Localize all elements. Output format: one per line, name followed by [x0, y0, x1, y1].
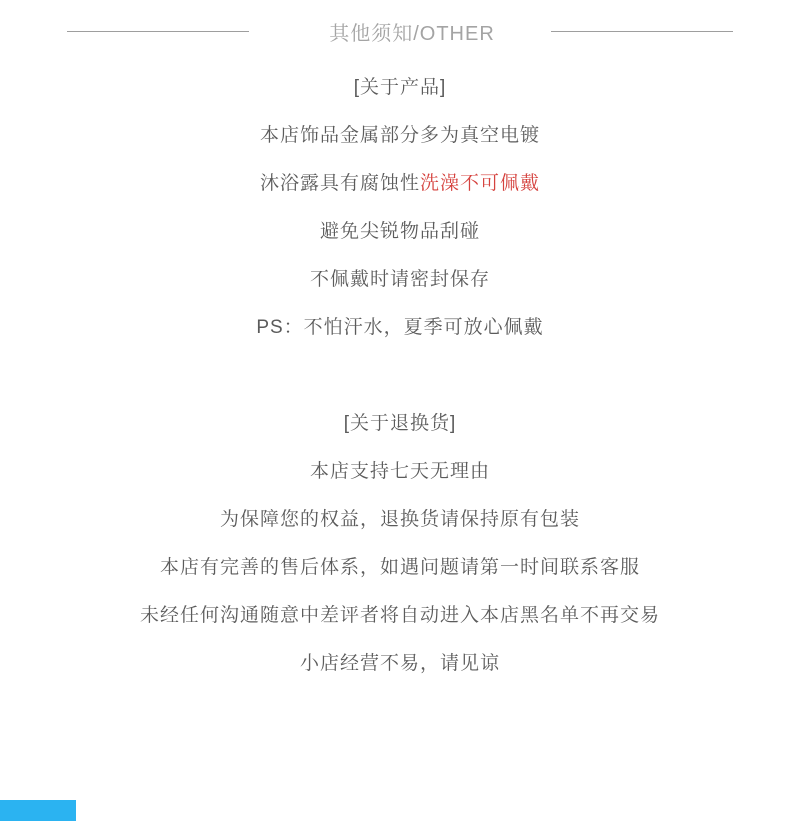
notice-text: 本店支持七天无理由 — [310, 461, 490, 482]
notice-text: 本店有完善的售后体系，如遇问题请第一时间联系客服 — [160, 557, 640, 578]
notice-line: 避免尖锐物品刮碰 — [0, 208, 800, 256]
notice-line: 本店支持七天无理由 — [0, 448, 800, 496]
warning-text: 洗澡不可佩戴 — [420, 173, 540, 194]
notice-line: 小店经营不易，请见谅 — [0, 640, 800, 688]
notice-line: PS：不怕汗水，夏季可放心佩戴 — [0, 304, 800, 352]
notice-line: 为保障您的权益，退换货请保持原有包装 — [0, 496, 800, 544]
section-header: 其他须知/OTHER — [0, 16, 800, 46]
page-title: 其他须知/OTHER — [329, 17, 495, 46]
notice-text: 沐浴露具有腐蚀性 — [260, 173, 420, 194]
next-image-peek-strip — [0, 800, 76, 821]
notice-text: 避免尖锐物品刮碰 — [320, 221, 480, 242]
notice-text: 为保障您的权益，退换货请保持原有包装 — [220, 509, 580, 530]
notice-line: 沐浴露具有腐蚀性洗澡不可佩戴 — [0, 160, 800, 208]
section-gap — [0, 352, 800, 400]
notice-line: 本店饰品金属部分多为真空电镀 — [0, 112, 800, 160]
notice-line: 未经任何沟通随意中差评者将自动进入本店黑名单不再交易 — [0, 592, 800, 640]
notice-line: 不佩戴时请密封保存 — [0, 256, 800, 304]
section-title-product: [关于产品] — [0, 64, 800, 112]
section-title-returns: [关于退换货] — [0, 400, 800, 448]
notice-line: 本店有完善的售后体系，如遇问题请第一时间联系客服 — [0, 544, 800, 592]
header-divider-left — [67, 31, 249, 32]
notice-text: 不佩戴时请密封保存 — [310, 269, 490, 290]
notice-text: 本店饰品金属部分多为真空电镀 — [260, 125, 540, 146]
notice-text: 未经任何沟通随意中差评者将自动进入本店黑名单不再交易 — [140, 605, 660, 626]
notice-content: [关于产品] 本店饰品金属部分多为真空电镀 沐浴露具有腐蚀性洗澡不可佩戴 避免尖… — [0, 64, 800, 688]
notice-text: 小店经营不易，请见谅 — [300, 653, 500, 674]
notice-text: PS：不怕汗水，夏季可放心佩戴 — [256, 317, 543, 338]
header-divider-right — [551, 31, 733, 32]
